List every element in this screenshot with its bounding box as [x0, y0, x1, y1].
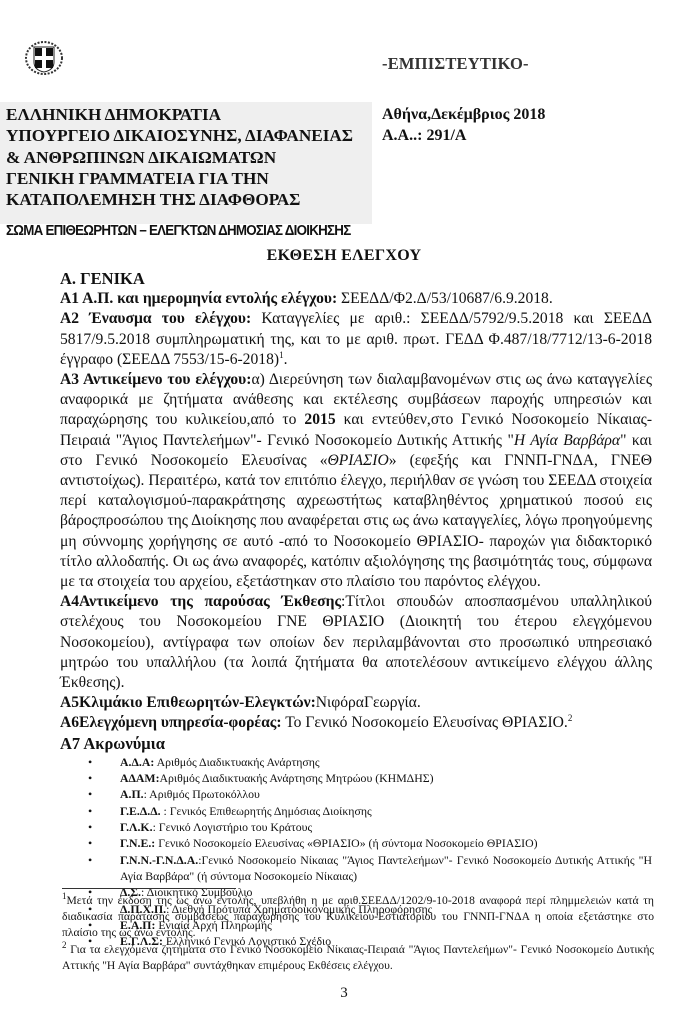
item-a3: Α3 Αντικείμενο του ελέγχου:α) Διερεύνηση…: [60, 370, 652, 592]
item-label: Α3 Αντικείμενο του ελέγχου:: [60, 371, 251, 388]
acronym-item: Γ.Ν.Ε.: Γενικό Νοσοκομείο Ελευσίνας «ΘΡΙ…: [88, 835, 652, 851]
acronym-item: Γ.Ε.Δ.Δ. : Γενικός Επιθεωρητής Δημόσιας …: [88, 803, 652, 819]
place-date: Αθήνα,Δεκέμβριος 2018: [382, 104, 545, 125]
org-line: ΓΕΝΙΚΗ ΓΡΑΜΜΑΤΕΙΑ ΓΙΑ ΤΗΝ: [6, 168, 353, 189]
org-line: ΚΑΤΑΠΟΛΕΜΗΣΗ ΤΗΣ ΔΙΑΦΘΟΡΑΣ: [6, 189, 353, 210]
reference-number: Α.Α..: 291/Α: [382, 125, 545, 146]
corps-name: ΣΩΜΑ ΕΠΙΘΕΩΡΗΤΩΝ – ΕΛΕΓΚΤΩΝ ΔΗΜΟΣΙΑΣ ΔΙΟ…: [6, 223, 350, 239]
org-line: ΥΠΟΥΡΓΕΙΟ ΔΙΚΑΙΟΣΥΝΗΣ, ΔΙΑΦΑΝΕΙΑΣ: [6, 125, 353, 146]
footnote-ref[interactable]: 2: [568, 713, 573, 723]
footnote: 2 Για τα ελεγχόμενα ζητήματα στο Γενικό …: [62, 942, 654, 974]
acronym-item: ΑΔΑΜ:Αριθμός Διαδικτυακής Ανάρτησης Μητρ…: [88, 770, 652, 786]
classification-label: -ΕΜΠΙΣΤΕΥΤΙΚΟ-: [382, 54, 529, 74]
footnote: 1Μετά την έκδοση της ως άνω εντολής, υπε…: [62, 893, 654, 942]
item-label: Α4Αντικείμενο της παρούσας Έκθεσης: [60, 593, 341, 610]
item-label: Α2 Έναυσμα του ελέγχου:: [60, 310, 251, 327]
item-label: Α6Ελεγχόμενη υπηρεσία-φορέας:: [60, 714, 282, 731]
footnote-separator: [62, 888, 236, 889]
item-a6: Α6Ελεγχόμενη υπηρεσία-φορέας: Το Γενικό …: [60, 713, 652, 733]
item-a4: Α4Αντικείμενο της παρούσας Έκθεσης:Τίτλο…: [60, 592, 652, 693]
document-meta: Αθήνα,Δεκέμβριος 2018 Α.Α..: 291/Α: [382, 104, 545, 147]
organization-block: ΕΛΛΗΝΙΚΗ ΔΗΜΟΚΡΑΤΙΑ ΥΠΟΥΡΓΕΙΟ ΔΙΚΑΙΟΣΥΝΗ…: [6, 104, 353, 210]
acronym-item: Γ.Ν.Ν.-Γ.Ν.Δ.Α.:Γενικό Νοσοκομείο Νίκαια…: [88, 852, 652, 885]
org-line: ΕΛΛΗΝΙΚΗ ΔΗΜΟΚΡΑΤΙΑ: [6, 104, 353, 125]
item-label: Α1 Α.Π. και ημερομηνία εντολής ελέγχου:: [60, 290, 337, 307]
item-label: Α5Κλιμάκιο Επιθεωρητών-Ελεγκτών:: [60, 694, 316, 711]
acronym-item: Α.Δ.Α: Αριθμός Διαδικτυακής Ανάρτησης: [88, 754, 652, 770]
footnotes: 1Μετά την έκδοση της ως άνω εντολής, υπε…: [62, 893, 654, 974]
acronym-item: Γ.Λ.Κ.: Γενικό Λογιστήριο του Κράτους: [88, 819, 652, 835]
greek-coat-of-arms-icon: [24, 40, 64, 76]
item-a1: Α1 Α.Π. και ημερομηνία εντολής ελέγχου: …: [60, 289, 652, 309]
item-a7-heading: Α7 Ακρωνύμια: [60, 734, 652, 754]
report-title: ΕΚΘΕΣΗ ΕΛΕΓΧΟΥ: [0, 247, 688, 265]
acronym-item: Α.Π.: Αριθμός Πρωτοκόλλου: [88, 786, 652, 802]
report-body: Α. ΓΕΝΙΚΑ Α1 Α.Π. και ημερομηνία εντολής…: [60, 269, 652, 949]
org-line: & ΑΝΘΡΩΠΙΝΩΝ ΔΙΚΑΙΩΜΑΤΩΝ: [6, 147, 353, 168]
page-number: 3: [0, 985, 688, 1002]
item-a2: Α2 Έναυσμα του ελέγχου: Καταγγελίες με α…: [60, 309, 652, 370]
section-heading: Α. ΓΕΝΙΚΑ: [60, 269, 652, 289]
item-a5: Α5Κλιμάκιο Επιθεωρητών-Ελεγκτών:ΝιφόραΓε…: [60, 693, 652, 713]
